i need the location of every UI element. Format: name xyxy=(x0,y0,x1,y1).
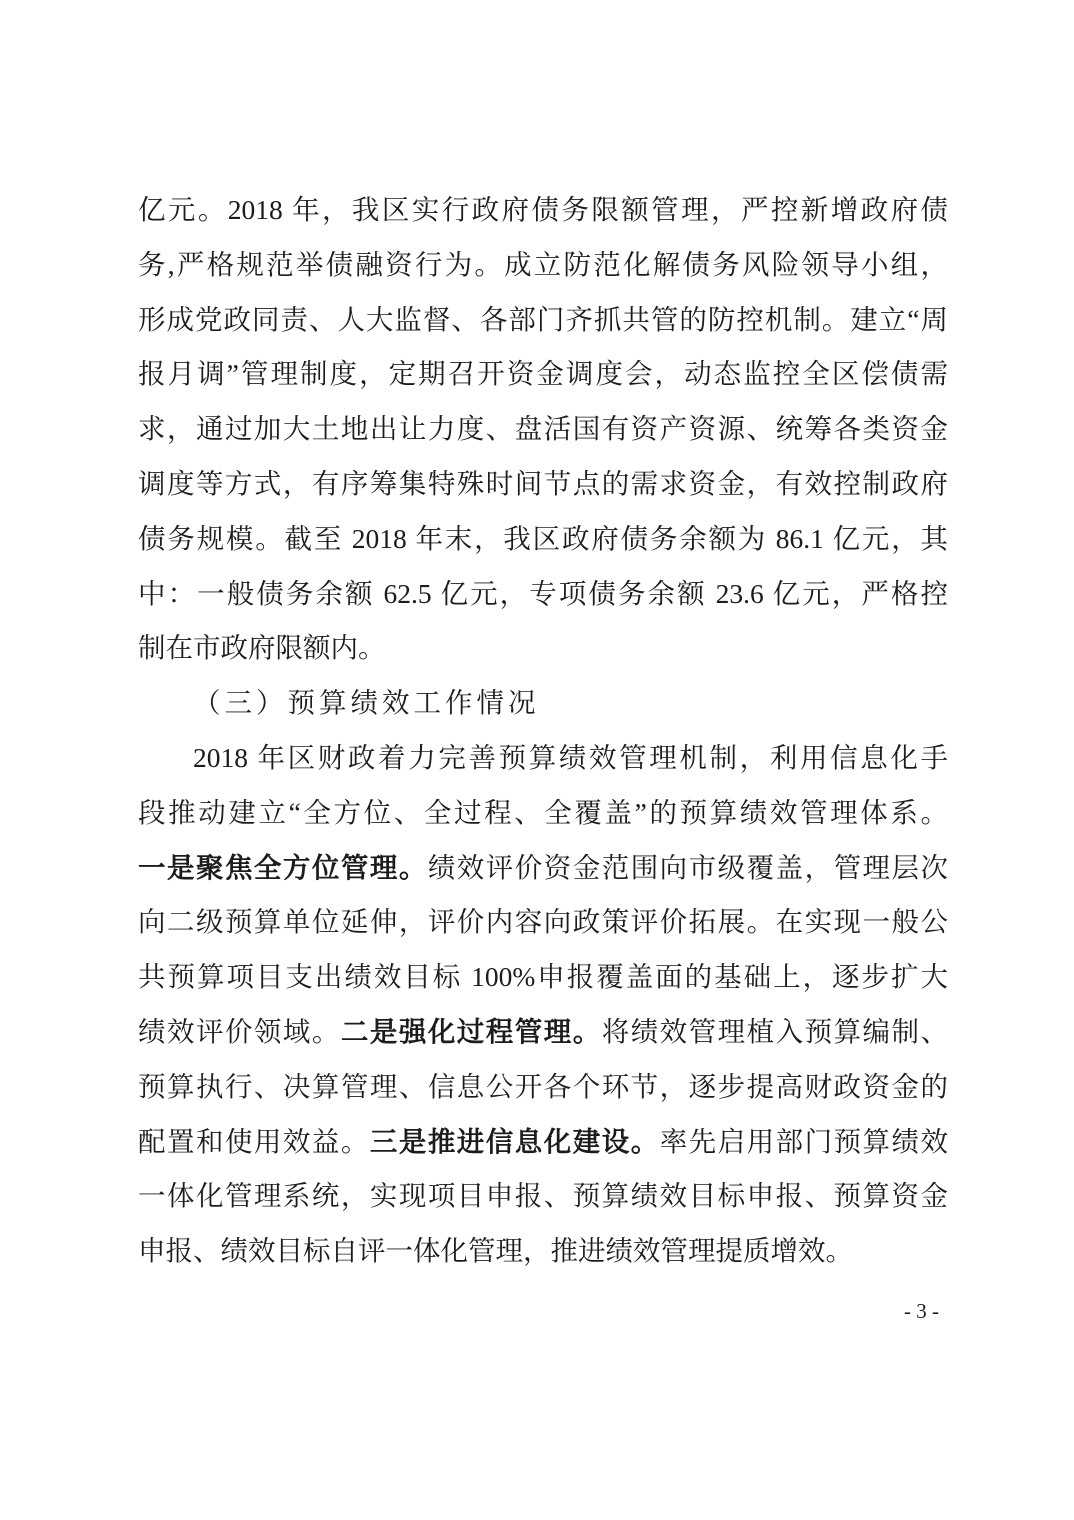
text-line: 中：一般债务余额 62.5 亿元，专项债务余额 23.6 亿元，严格控 xyxy=(138,567,948,622)
text-segment: 绩效评价领域。 xyxy=(138,1016,341,1047)
text-segment: 求，通过加大土地出让力度、盘活国有资产资源、统筹各类资金 xyxy=(138,413,948,444)
bold-text-segment: 二是强化过程管理。 xyxy=(341,1016,602,1047)
text-segment: 形成党政同责、人大监督、各部门齐抓共管的防控机制。建立“周 xyxy=(138,304,948,335)
text-segment: （三）预算绩效工作情况 xyxy=(193,687,540,718)
text-line: 报月调”管理制度，定期召开资金调度会，动态监控全区偿债需 xyxy=(138,347,948,402)
text-segment: 率先启用部门预算绩效 xyxy=(660,1126,948,1157)
text-segment: 债务规模。截至 2018 年末，我区政府债务余额为 86.1 亿元，其 xyxy=(138,523,948,554)
text-segment: 调度等方式，有序筹集特殊时间节点的需求资金，有效控制政府 xyxy=(138,468,948,499)
text-segment: 预算执行、决算管理、信息公开各个环节，逐步提高财政资金的 xyxy=(138,1071,948,1102)
text-segment: 一体化管理系统，实现项目申报、预算绩效目标申报、预算资金 xyxy=(138,1180,948,1211)
text-segment: 绩效评价资金范围向市级覆盖，管理层次 xyxy=(428,852,948,883)
text-line: 共预算项目支出绩效目标 100%申报覆盖面的基础上，逐步扩大 xyxy=(138,950,948,1005)
text-segment: 共预算项目支出绩效目标 100%申报覆盖面的基础上，逐步扩大 xyxy=(138,961,948,992)
text-line: 预算执行、决算管理、信息公开各个环节，逐步提高财政资金的 xyxy=(138,1060,948,1115)
text-segment: 制在市政府限额内。 xyxy=(138,632,386,663)
text-line: 一体化管理系统，实现项目申报、预算绩效目标申报、预算资金 xyxy=(138,1169,948,1224)
text-segment: 段推动建立“全方位、全过程、全覆盖”的预算绩效管理体系。 xyxy=(138,797,948,828)
section-heading-line: （三）预算绩效工作情况 xyxy=(138,676,948,731)
text-line: 向二级预算单位延伸，评价内容向政策评价拓展。在实现一般公 xyxy=(138,895,948,950)
text-segment: 向二级预算单位延伸，评价内容向政策评价拓展。在实现一般公 xyxy=(138,906,948,937)
text-line: 绩效评价领域。二是强化过程管理。将绩效管理植入预算编制、 xyxy=(138,1005,948,1060)
text-segment: 务,严格规范举债融资行为。成立防范化解债务风险领导小组， xyxy=(138,249,948,280)
page-number: - 3 - xyxy=(904,1296,939,1326)
document-body: 亿元。2018 年，我区实行政府债务限额管理，严控新增政府债务,严格规范举债融资… xyxy=(138,183,948,1279)
text-line: 债务规模。截至 2018 年末，我区政府债务余额为 86.1 亿元，其 xyxy=(138,512,948,567)
text-line: 一是聚焦全方位管理。绩效评价资金范围向市级覆盖，管理层次 xyxy=(138,841,948,896)
text-line: 形成党政同责、人大监督、各部门齐抓共管的防控机制。建立“周 xyxy=(138,293,948,348)
text-segment: 中：一般债务余额 62.5 亿元，专项债务余额 23.6 亿元，严格控 xyxy=(138,578,948,609)
text-line: 调度等方式，有序筹集特殊时间节点的需求资金，有效控制政府 xyxy=(138,457,948,512)
bold-text-segment: 三是推进信息化建设。 xyxy=(370,1126,660,1157)
text-segment: 将绩效管理植入预算编制、 xyxy=(602,1016,948,1047)
text-line: 申报、绩效目标自评一体化管理，推进绩效管理提质增效。 xyxy=(138,1224,948,1279)
text-line: 配置和使用效益。三是推进信息化建设。率先启用部门预算绩效 xyxy=(138,1115,948,1170)
document-page: 亿元。2018 年，我区实行政府债务限额管理，严控新增政府债务,严格规范举债融资… xyxy=(0,0,1074,1520)
text-segment: 申报、绩效目标自评一体化管理，推进绩效管理提质增效。 xyxy=(138,1235,853,1266)
text-segment: 配置和使用效益。 xyxy=(138,1126,370,1157)
text-line: 求，通过加大土地出让力度、盘活国有资产资源、统筹各类资金 xyxy=(138,402,948,457)
text-segment: 2018 年区财政着力完善预算绩效管理机制，利用信息化手 xyxy=(193,742,948,773)
bold-text-segment: 一是聚焦全方位管理。 xyxy=(138,852,428,883)
text-line: 2018 年区财政着力完善预算绩效管理机制，利用信息化手 xyxy=(138,731,948,786)
text-line: 亿元。2018 年，我区实行政府债务限额管理，严控新增政府债 xyxy=(138,183,948,238)
text-segment: 亿元。2018 年，我区实行政府债务限额管理，严控新增政府债 xyxy=(138,194,948,225)
text-line: 务,严格规范举债融资行为。成立防范化解债务风险领导小组， xyxy=(138,238,948,293)
text-line: 制在市政府限额内。 xyxy=(138,621,948,676)
text-segment: 报月调”管理制度，定期召开资金调度会，动态监控全区偿债需 xyxy=(138,358,948,389)
text-line: 段推动建立“全方位、全过程、全覆盖”的预算绩效管理体系。 xyxy=(138,786,948,841)
